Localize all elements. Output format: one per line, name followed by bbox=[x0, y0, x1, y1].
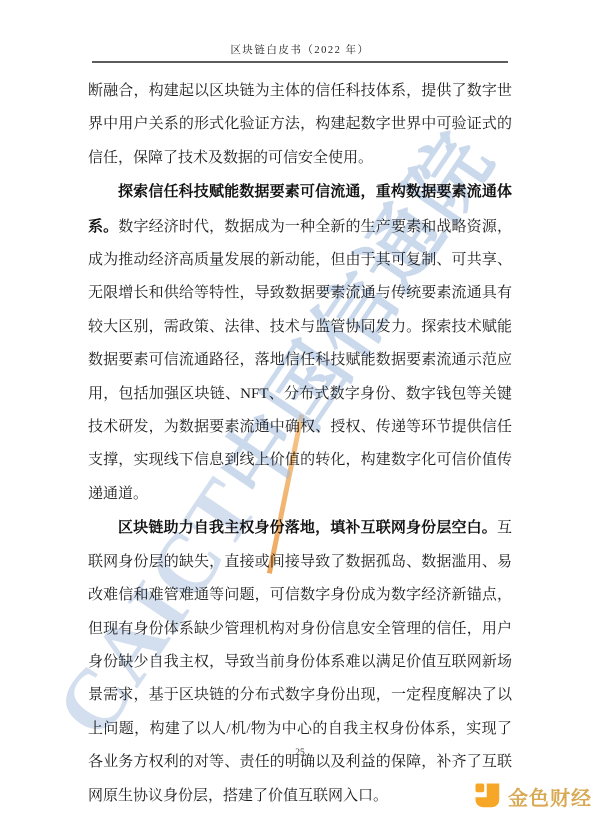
paragraph-text: 断融合，构建起以区块链为主体的信任科技体系，提供了数字世界中用户关系的形式化验证… bbox=[88, 83, 512, 166]
site-logo: 金色财经 bbox=[473, 781, 592, 811]
header-divider bbox=[92, 61, 508, 63]
page-header: 区块链白皮书（2022 年） bbox=[0, 40, 600, 58]
document-page: CAICT中国信通院 区块链白皮书（2022 年） 断融合，构建起以区块链为主体… bbox=[0, 0, 600, 815]
golden-finance-icon bbox=[473, 781, 503, 811]
paragraph-lead: 区块链助力自我主权身份落地，填补互联网身份层空白。 bbox=[118, 519, 497, 536]
body-content: 断融合，构建起以区块链为主体的信任科技体系，提供了数字世界中用户关系的形式化验证… bbox=[88, 74, 512, 813]
paragraph: 探索信任科技赋能数据要素可信流通，重构数据要素流通体系。数字经济时代，数据成为一… bbox=[88, 175, 512, 511]
page-number: 25 bbox=[0, 748, 600, 758]
golden-finance-wordmark: 金色财经 bbox=[508, 782, 592, 811]
paragraph: 断融合，构建起以区块链为主体的信任科技体系，提供了数字世界中用户关系的形式化验证… bbox=[88, 74, 512, 175]
document-title: 区块链白皮书（2022 年） bbox=[230, 42, 369, 57]
paragraph: 区块链助力自我主权身份落地，填补互联网身份层空白。互联网身份层的缺失，直接或间接… bbox=[88, 511, 512, 813]
paragraph-text: 数字经济时代，数据成为一种全新的生产要素和战略资源，成为推动经济高质量发展的新动… bbox=[88, 219, 512, 502]
paragraph-text: 互联网身份层的缺失，直接或间接导致了数据孤岛、数据滥用、易改难信和难管难通等问题… bbox=[88, 520, 512, 803]
